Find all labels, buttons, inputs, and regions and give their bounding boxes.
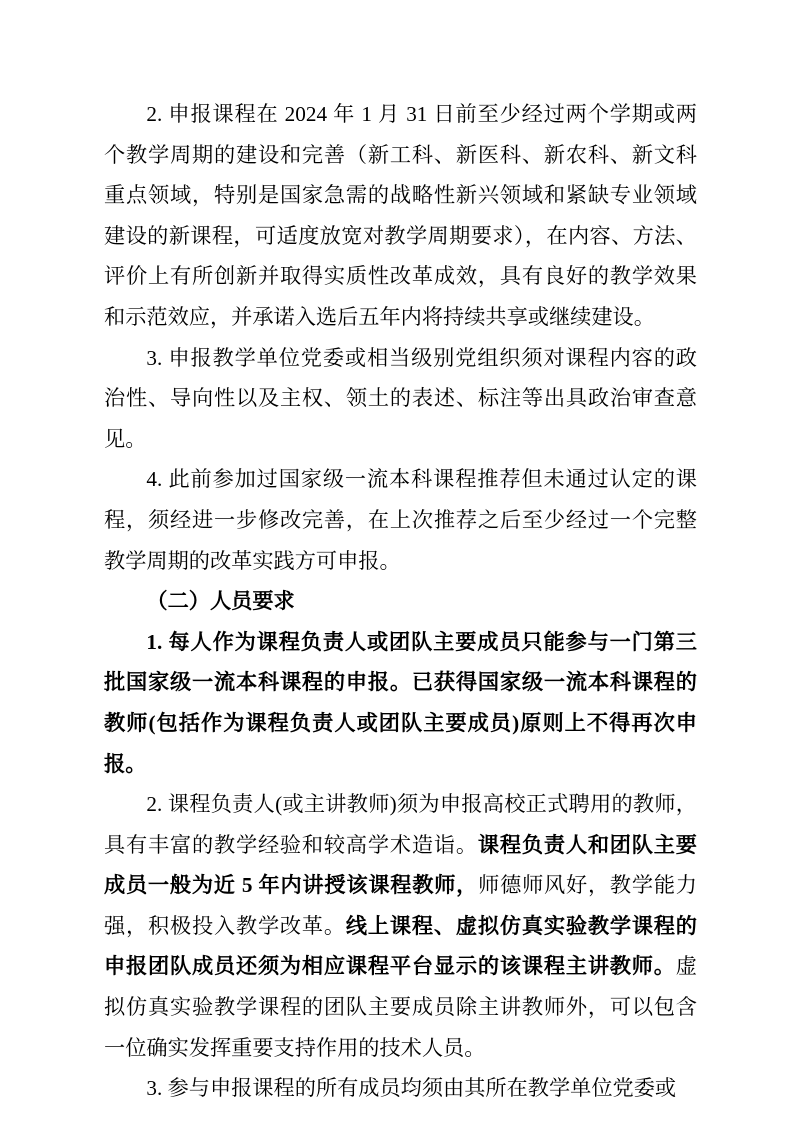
text-run: 4. 此前参加过国家级一流本科课程推荐但未通过认定的课程，须经进一步修改完善，在… xyxy=(104,467,697,572)
text-run: 3. 参与申报课程的所有成员均须由其所在教学单位党委或 xyxy=(146,1076,676,1100)
text-run: 2. 申报课程在 2024 年 1 月 31 日前至少经过两个学期或两个教学周期… xyxy=(104,102,697,329)
paragraph: 3. 申报教学单位党委或相当级别党组织须对课程内容的政治性、导向性以及主权、领土… xyxy=(104,338,697,460)
paragraph: 2. 申报课程在 2024 年 1 月 31 日前至少经过两个学期或两个教学周期… xyxy=(104,94,697,338)
section-heading: （二）人员要求 xyxy=(104,581,697,622)
document-page: 2. 申报课程在 2024 年 1 月 31 日前至少经过两个学期或两个教学周期… xyxy=(0,0,800,1131)
text-run: 1. 每人作为课程负责人或团队主要成员只能参与一门第三批国家级一流本科课程的申报… xyxy=(104,630,697,776)
paragraph: 2. 课程负责人(或主讲教师)须为申报高校正式聘用的教师，具有丰富的教学经验和较… xyxy=(104,784,697,1068)
paragraph: 4. 此前参加过国家级一流本科课程推荐但未通过认定的课程，须经进一步修改完善，在… xyxy=(104,459,697,581)
paragraph: 1. 每人作为课程负责人或团队主要成员只能参与一门第三批国家级一流本科课程的申报… xyxy=(104,622,697,784)
text-run: （二）人员要求 xyxy=(146,589,294,613)
text-run: 3. 申报教学单位党委或相当级别党组织须对课程内容的政治性、导向性以及主权、领土… xyxy=(104,346,697,451)
paragraph: 3. 参与申报课程的所有成员均须由其所在教学单位党委或 xyxy=(104,1068,697,1109)
document-body: 2. 申报课程在 2024 年 1 月 31 日前至少经过两个学期或两个教学周期… xyxy=(104,94,697,1109)
